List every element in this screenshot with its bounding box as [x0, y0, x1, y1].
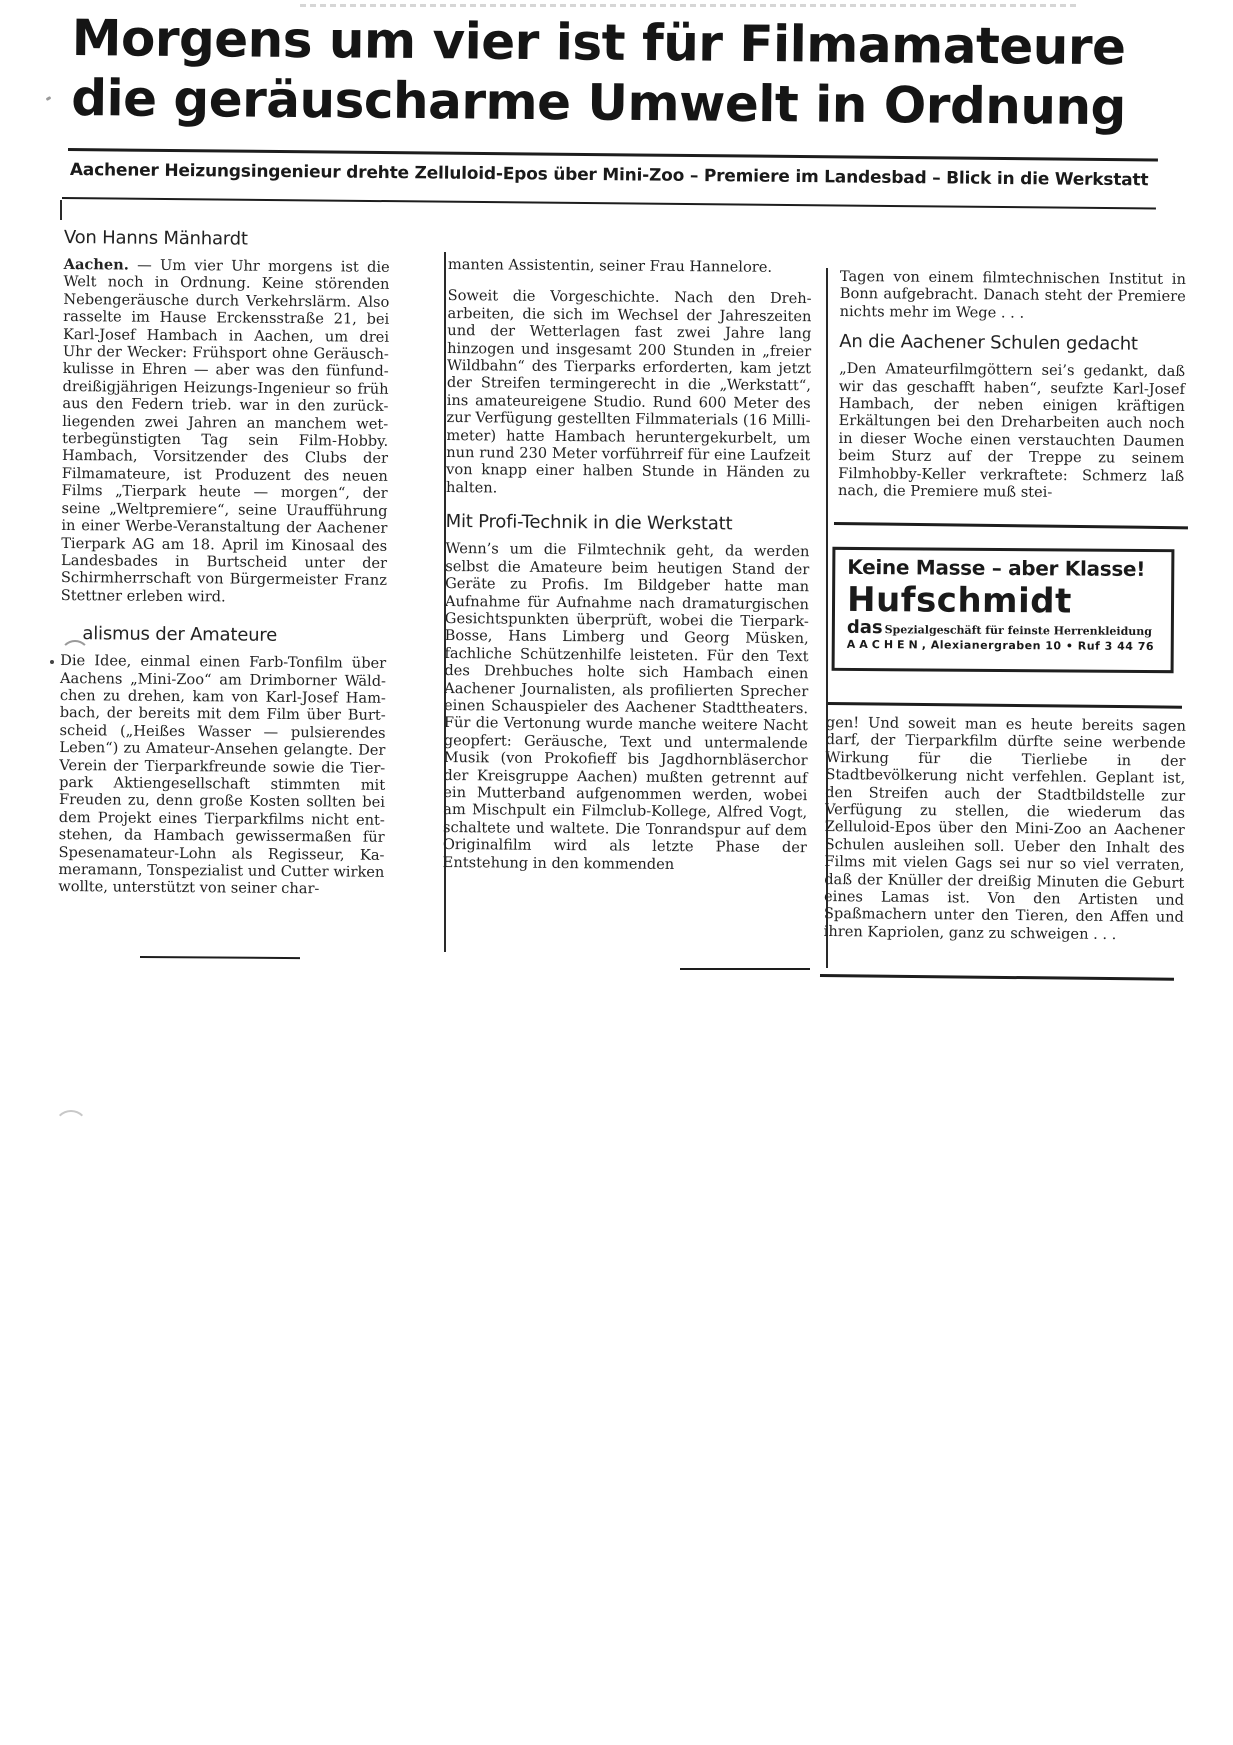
scan-speck [50, 660, 54, 664]
column-3-bottom: gen! Und soweit man es heute bereits sa­… [824, 714, 1186, 944]
section-head-profi-technik: Mit Profi-Technik in die Werkstatt [446, 510, 810, 537]
column-2: manten Assistentin, seiner Frau Hanne­lo… [443, 256, 812, 874]
headline: Morgens um vier ist für Filmamateure die… [71, 8, 1172, 138]
column-3-top: Tagen von einem filmtechnischen Institut… [838, 268, 1186, 502]
ad-das: das [847, 617, 883, 638]
ad-city: AACHEN [847, 638, 922, 652]
subheadline: Aachener Heizungsingenieur drehte Zellul… [70, 160, 1150, 190]
column-2-paragraph-1: manten Assistentin, seiner Frau Hanne­lo… [448, 256, 812, 277]
ad-tagline-line: dasSpezialgeschäft für feinste Herrenkle… [847, 620, 1159, 639]
column-3-ad-bottom-rule [828, 702, 1182, 709]
column-2-paragraph-2: Soweit die Vorgeschichte. Nach den Dreh­… [446, 287, 812, 499]
newspaper-clipping: Morgens um vier ist für Filmamateure die… [0, 0, 1233, 1745]
headline-line-1: Morgens um vier ist für Filmamateure [71, 8, 1171, 78]
headline-line-2: die geräuscharme Umwelt in Ordnung [71, 68, 1171, 138]
column-3-end-rule [820, 974, 1174, 981]
section-head-amateure: alismus der Amateure [60, 622, 386, 649]
scan-speck [46, 96, 52, 101]
ad-brand: Hufschmidt [847, 580, 1159, 622]
byline: Von Hanns Mänhardt [64, 226, 390, 253]
column-1-paragraph-1: Aachen. — Um vier Uhr morgens ist die We… [61, 256, 390, 607]
punch-hole-mark [60, 640, 90, 670]
column-3-mid-rule [834, 522, 1188, 529]
ad-address-line: AACHEN, Alexianergraben 10 • Ruf 3 44 76 [847, 637, 1159, 654]
column-3-paragraph-2: „Den Amateurfilmgöttern sei’s gedankt, d… [838, 360, 1185, 502]
scan-edge-noise [300, 4, 1080, 7]
punch-hole-mark [54, 1110, 88, 1144]
ad-slogan: Keine Masse – aber Klasse! [847, 554, 1159, 582]
column-1-paragraph-1-text: — Um vier Uhr morgens ist die Welt noch … [61, 257, 390, 606]
column-2-paragraph-3: Wenn’s um die Filmtechnik geht, da wer­d… [443, 540, 810, 874]
subheadline-rule [62, 197, 1156, 210]
headline-rule [68, 148, 1158, 161]
dateline: Aachen. [64, 256, 129, 274]
column-2-end-rule [680, 968, 810, 970]
ad-tagline: Spezialgeschäft für feinste Herrenkleidu… [885, 623, 1153, 638]
column-1-paragraph-2: Die Idee, einmal einen Farb-Tonfilm über… [58, 652, 386, 899]
column-1: Von Hanns Mänhardt Aachen. — Um vier Uhr… [58, 226, 390, 899]
advertisement-hufschmidt: Keine Masse – aber Klasse! Hufschmidt da… [832, 547, 1175, 673]
column-3-paragraph-1: Tagen von einem filmtechnischen Institut… [840, 268, 1186, 323]
column-3-paragraph-3: gen! Und soweit man es heute bereits sa­… [824, 714, 1186, 944]
column-1-end-rule [140, 956, 300, 959]
column-1-left-border [60, 200, 62, 220]
section-head-schulen: An die Aachener Schulen gedacht [839, 330, 1185, 357]
ad-address: , Alexianergraben 10 • Ruf 3 44 76 [922, 638, 1154, 653]
